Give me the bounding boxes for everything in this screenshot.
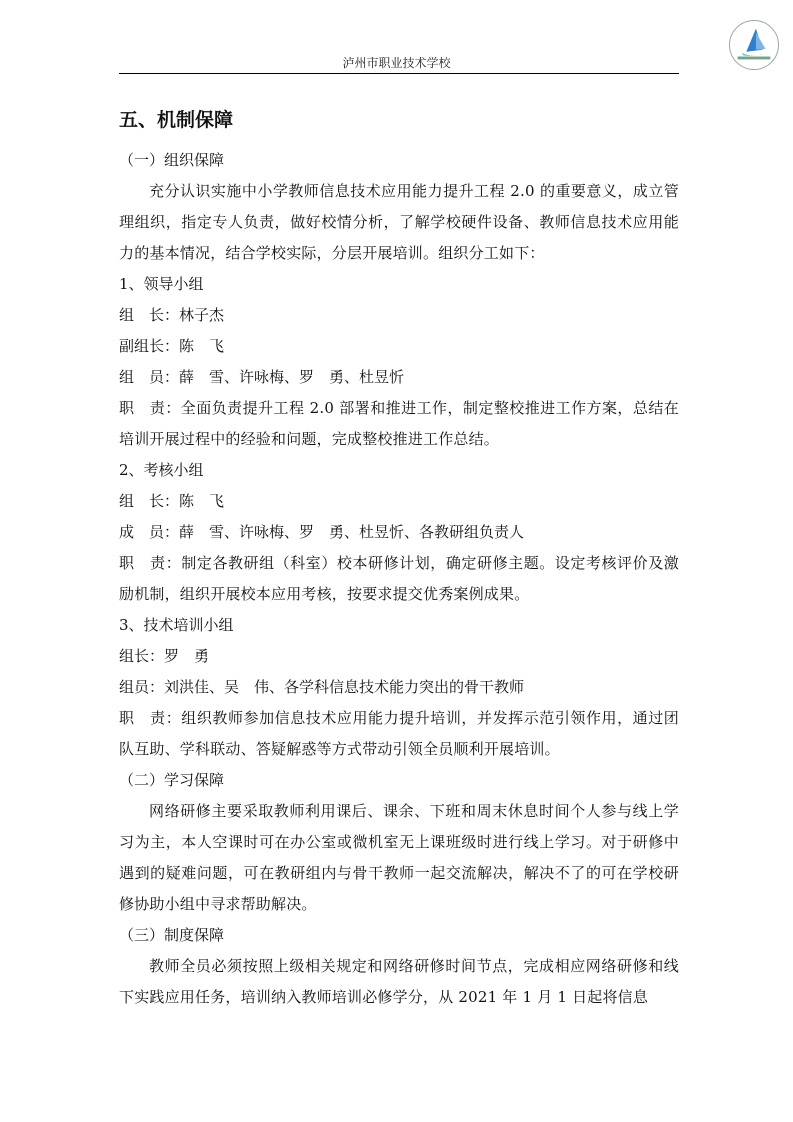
group-title: 2、考核小组 <box>119 455 679 486</box>
group-leader: 组 长：陈 飞 <box>119 486 679 517</box>
subsection-title: （二）学习保障 <box>119 765 679 796</box>
group-duty: 职 责：组织教师参加信息技术应用能力提升培训，并发挥示范引领作用，通过团队互助、… <box>119 703 679 765</box>
page-header-school-name: 泸州市职业技术学校 <box>0 54 793 71</box>
subsection-title: （一）组织保障 <box>119 145 679 176</box>
group-title: 1、领导小组 <box>119 269 679 300</box>
section-title: 五、机制保障 <box>119 105 679 135</box>
paragraph: 网络研修主要采取教师利用课后、课余、下班和周末休息时间个人参与线上学习为主，本人… <box>119 796 679 920</box>
paragraph: 充分认识实施中小学教师信息技术应用能力提升工程 2.0 的重要意义，成立管理组织… <box>119 176 679 269</box>
group-members: 成 员：薛 雪、许咏梅、罗 勇、杜昱忻、各教研组负责人 <box>119 517 679 548</box>
group-duty: 职 责：制定各教研组（科室）校本研修计划，确定研修主题。设定考核评价及激励机制，… <box>119 548 679 610</box>
group-duty: 职 责：全面负责提升工程 2.0 部署和推进工作，制定整校推进工作方案，总结在培… <box>119 393 679 455</box>
group-title: 3、技术培训小组 <box>119 610 679 641</box>
group-deputy: 副组长：陈 飞 <box>119 331 679 362</box>
group-members: 组员：刘洪佳、吴 伟、各学科信息技术能力突出的骨干教师 <box>119 672 679 703</box>
document-body: 五、机制保障 （一）组织保障 充分认识实施中小学教师信息技术应用能力提升工程 2… <box>119 105 679 1013</box>
group-members: 组 员：薛 雪、许咏梅、罗 勇、杜昱忻 <box>119 362 679 393</box>
header-divider <box>119 73 679 74</box>
group-leader: 组 长：林子杰 <box>119 300 679 331</box>
paragraph: 教师全员必须按照上级相关规定和网络研修时间节点，完成相应网络研修和线下实践应用任… <box>119 951 679 1013</box>
group-leader: 组长：罗 勇 <box>119 641 679 672</box>
subsection-title: （三）制度保障 <box>119 920 679 951</box>
